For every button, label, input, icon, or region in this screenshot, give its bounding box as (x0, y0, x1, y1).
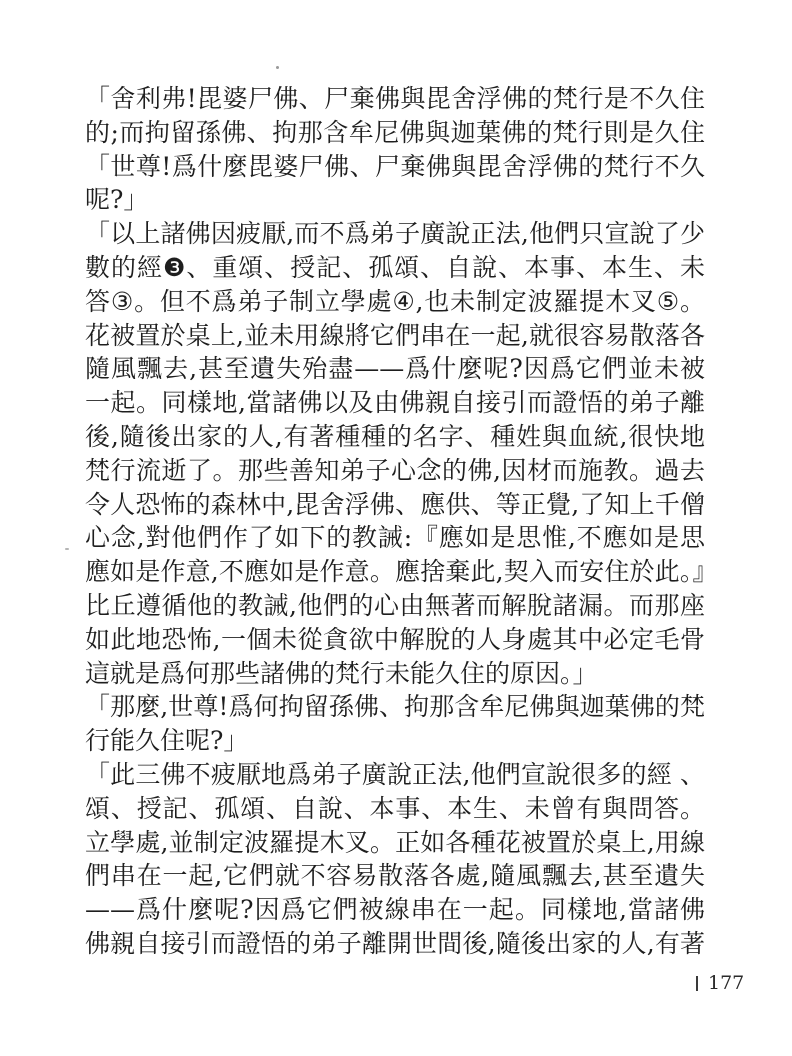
page-number-value: 177 (708, 972, 744, 994)
text-line: 隨風飄去,甚至遺失殆盡——爲什麼呢?因爲它們並未被線串在 (85, 352, 705, 386)
text-line: 頌、授記、孤頌、自說、本事、本生、未曾有與問答。爲弟子制 (85, 792, 705, 826)
paragraph: 「以上諸佛因疲厭,而不爲弟子廣說正法,他們只宣說了少 數的經❸、重頌、授記、孤頌… (85, 217, 705, 690)
book-page: 「舍利弗!毘婆尸佛、尸棄佛與毘舍浮佛的梵行是不久住 的;而拘留孫佛、拘那含牟尼佛… (0, 0, 792, 1056)
text-line: 佛親自接引而證悟的弟子離開世間後,隨後出家的人,有著種種 (85, 927, 705, 961)
text-line: 一起。同樣地,當諸佛以及由佛親自接引而證悟的弟子離開世間 (85, 386, 705, 420)
paragraph: 「那麼,世尊!爲何拘留孫佛、拘那含牟尼佛與迦葉佛的梵 行能久住呢?」 (85, 690, 705, 758)
text-line: 「舍利弗!毘婆尸佛、尸棄佛與毘舍浮佛的梵行是不久住 (85, 82, 705, 116)
paragraph: 「世尊!爲什麼毘婆尸佛、尸棄佛與毘舍浮佛的梵行不久住 呢?」 (85, 150, 705, 218)
page-number-separator (696, 976, 698, 991)
text-line: 答③。但不爲弟子制立學處④,也未制定波羅提木叉⑤。正如各種 (85, 285, 705, 319)
text-line: 令人恐怖的森林中,毘舍浮佛、應供、等正覺,了知上千僧眾的 (85, 488, 705, 522)
text-line: 數的經❸、重頌、授記、孤頌、自說、本事、本生、未曾有與問 (85, 251, 705, 285)
text-line: ——爲什麼呢?因爲它們被線串在一起。同樣地,當諸佛以及由 (85, 893, 705, 927)
text-line: 「此三佛不疲厭地爲弟子廣說正法,他們宣說很多的經 、重 (85, 758, 705, 792)
text-line: 呢?」 (85, 183, 705, 217)
scan-speck (65, 548, 69, 550)
text-line: 花被置於桌上,並未用線將它們串在一起,就很容易散落各處, (85, 319, 705, 353)
text-block: 「舍利弗!毘婆尸佛、尸棄佛與毘舍浮佛的梵行是不久住 的;而拘留孫佛、拘那含牟尼佛… (85, 82, 705, 961)
page-number: 177 (696, 972, 744, 994)
text-line: 的;而拘留孫佛、拘那含牟尼佛與迦葉佛的梵行則是久住的。」 (85, 116, 705, 150)
text-line: 比丘遵循他的教誡,他們的心由無著而解脫諸漏。而那座森林是 (85, 589, 705, 623)
text-line: 心念,對他們作了如下的教誡:『應如是思惟,不應如是思惟。 (85, 521, 705, 555)
text-line: 如此地恐怖,一個未從貪欲中解脫的人身處其中必定毛骨悚然。 (85, 623, 705, 657)
paragraph: 「此三佛不疲厭地爲弟子廣說正法,他們宣說很多的經 、重 頌、授記、孤頌、自說、本… (85, 758, 705, 961)
paragraph: 「舍利弗!毘婆尸佛、尸棄佛與毘舍浮佛的梵行是不久住 的;而拘留孫佛、拘那含牟尼佛… (85, 82, 705, 150)
text-line: 梵行流逝了。那些善知弟子心念的佛,因材而施教。過去在一個 (85, 454, 705, 488)
text-line: 後,隨後出家的人,有著種種的名字、種姓與血統,很快地就讓 (85, 420, 705, 454)
text-line: 這就是爲何那些諸佛的梵行未能久住的原因。」 (85, 657, 705, 691)
text-line: 立學處,並制定波羅提木叉。正如各種花被置於桌上,用線將它 (85, 826, 705, 860)
text-line: 「那麼,世尊!爲何拘留孫佛、拘那含牟尼佛與迦葉佛的梵 (85, 690, 705, 724)
scan-speck (276, 66, 279, 69)
text-line: 「世尊!爲什麼毘婆尸佛、尸棄佛與毘舍浮佛的梵行不久住 (85, 150, 705, 184)
text-line: 應如是作意,不應如是作意。應捨棄此,契入而安住於此。』眾 (85, 555, 705, 589)
text-line: 「以上諸佛因疲厭,而不爲弟子廣說正法,他們只宣說了少 (85, 217, 705, 251)
text-line: 們串在一起,它們就不容易散落各處,隨風飄去,甚至遺失殆盡 (85, 859, 705, 893)
text-line: 行能久住呢?」 (85, 724, 705, 758)
